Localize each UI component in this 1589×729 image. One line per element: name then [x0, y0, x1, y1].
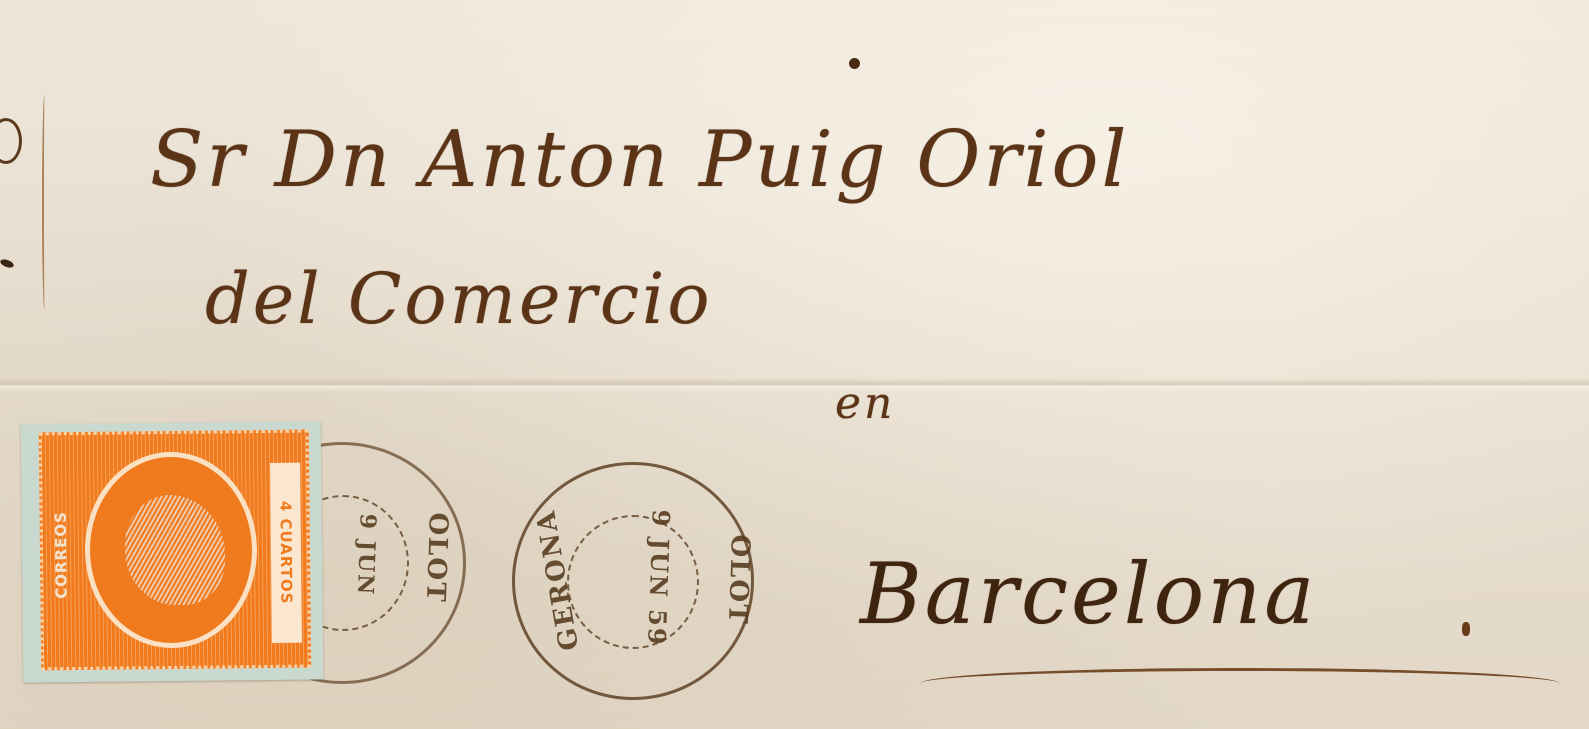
- postmark-date: 9 JUN: [353, 513, 380, 596]
- postmark-day: 9: [646, 509, 676, 529]
- ink-blot: [1462, 622, 1470, 636]
- address-line-city: Barcelona: [860, 545, 1317, 643]
- postmark-month: JUN: [644, 538, 675, 599]
- ink-stroke-fragment: [0, 258, 15, 269]
- postmark-date: 9 JUN 59: [643, 509, 674, 647]
- address-line-addressee: Sr Dn Anton Puig Oriol: [150, 115, 1129, 205]
- address-line-business: del Comercio: [205, 258, 713, 340]
- city-underline-flourish: [920, 668, 1560, 699]
- stamp-left-panel: CORREOS: [46, 465, 76, 645]
- ink-stroke-fragment: [0, 118, 22, 164]
- address-line-preposition: en: [835, 378, 895, 429]
- margin-line: [42, 95, 47, 310]
- postmark-inner-ring: [567, 515, 699, 649]
- postmark-day: 9: [354, 513, 381, 531]
- ink-blot: [849, 58, 860, 69]
- paper-fold: [0, 378, 1589, 392]
- postmark-olot-gerona: GERONA 9 JUN 59 OLOT: [512, 462, 754, 700]
- postage-stamp: CORREOS 4 CUARTOS: [21, 421, 324, 682]
- queen-portrait-icon: [124, 494, 225, 605]
- postmark-town: OLOT: [420, 512, 453, 604]
- stamp-label-value: 4 CUARTOS: [276, 501, 295, 605]
- stamp-right-panel: 4 CUARTOS: [270, 463, 302, 643]
- stamp-design: CORREOS 4 CUARTOS: [39, 430, 311, 671]
- stamp-portrait-oval: [84, 451, 258, 649]
- postal-cover: Sr Dn Anton Puig Oriol del Comercio en B…: [0, 0, 1589, 729]
- postmark-month: JUN: [352, 540, 380, 597]
- stamp-label-correos: CORREOS: [52, 511, 71, 599]
- postmark-town: OLOT: [722, 534, 755, 626]
- postmark-year: 59: [642, 609, 672, 647]
